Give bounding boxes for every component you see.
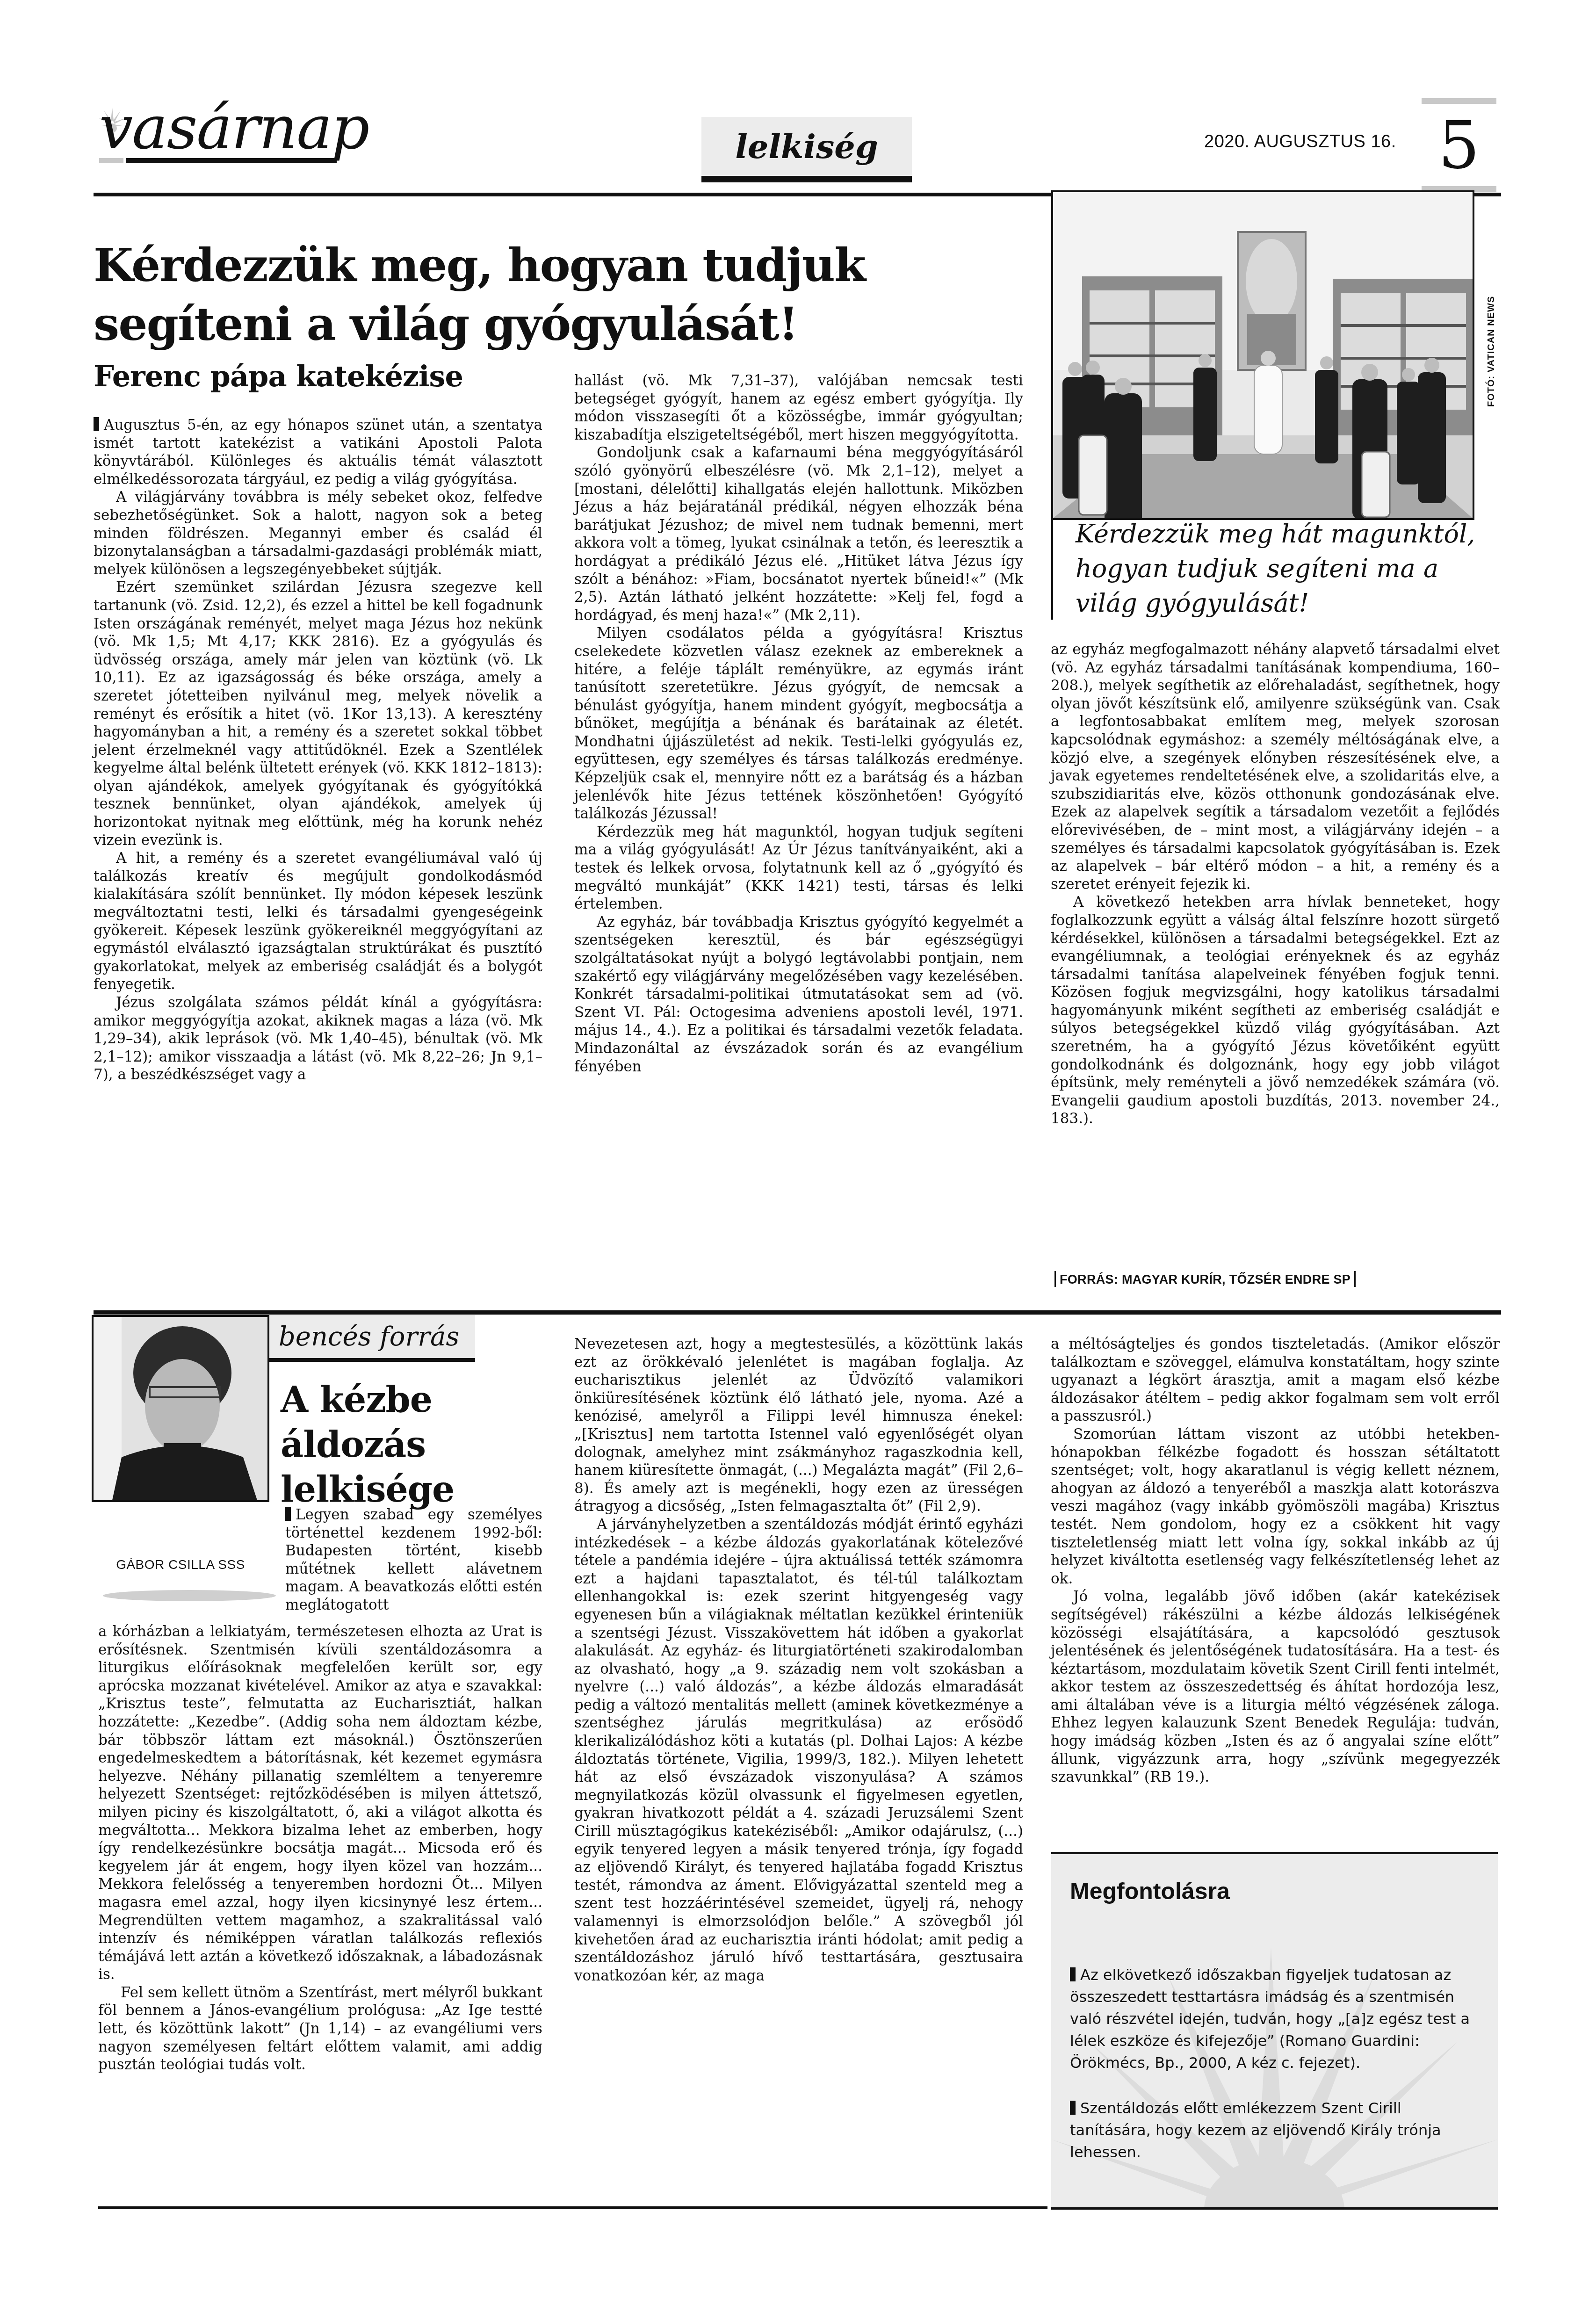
article-headline: A kézbe áldozás lelkisége xyxy=(281,1377,542,1512)
article-paragraph: A hit, a remény és a szeretet evangélium… xyxy=(94,849,542,994)
issue-date: 2020. AUGUSZTUS 16. xyxy=(1204,132,1396,152)
reflection-sidebox: Megfontolásra Az elkövetkező időszakban … xyxy=(1051,1852,1498,2210)
article-subhead: Ferenc pápa katekézise xyxy=(94,358,514,395)
sidebox-item: Az elkövetkező időszakban figyeljek tuda… xyxy=(1070,1964,1481,2074)
article-photo[interactable] xyxy=(1051,190,1474,520)
article-paragraph: Nevezetesen azt, hogy a megtestesülés, a… xyxy=(574,1335,1023,1516)
sidebox-title: Megfontolásra xyxy=(1070,1878,1230,1905)
logo-rule xyxy=(126,158,337,163)
newspaper-logo[interactable]: vasárnap xyxy=(94,89,346,168)
column-name: bencés forrás xyxy=(279,1322,459,1352)
article-paragraph: Jó volna, legalább jövő időben (akár kat… xyxy=(1051,1588,1500,1786)
article-divider xyxy=(94,1310,1501,1315)
article-paragraph: Kérdezzük meg hát magunktól, hogyan tudj… xyxy=(574,823,1023,913)
article-paragraph: az egyház megfogalmazott néhány alapvető… xyxy=(1051,641,1500,893)
source-bar-left xyxy=(1054,1271,1056,1287)
page-number-rule-top xyxy=(1422,98,1496,104)
article-column-1: a kórházban a lelkiatyám, természetesen … xyxy=(98,1623,542,2074)
audience-photo-illustration xyxy=(1053,192,1473,518)
article-paragraph: Augusztus 5-én, az egy hónapos szünet ut… xyxy=(94,416,542,488)
article-paragraph: A világjárvány továbbra is mély sebeket … xyxy=(94,488,542,578)
author-name-shadow xyxy=(103,1590,276,1601)
article-paragraph: Az egyház, bár továbbadja Krisztus gyógy… xyxy=(574,913,1023,1076)
photo-credit: FOTÓ: VATICAN NEWS xyxy=(1486,295,1497,407)
author-portrait-illustration xyxy=(94,1317,267,1500)
page-number: 5 xyxy=(1422,107,1496,185)
article-paragraph: a kórházban a lelkiatyám, természetesen … xyxy=(98,1623,542,1984)
source-outlet[interactable]: MAGYAR KURÍR xyxy=(1122,1272,1222,1286)
article-paragraph: A következő hetekben arra hívlak bennete… xyxy=(1051,893,1500,1128)
article-column-3: az egyház megfogalmazott néhány alapvető… xyxy=(1051,641,1500,1128)
article-column-2: Nevezetesen azt, hogy a megtestesülés, a… xyxy=(574,1335,1023,1985)
author-name: GÁBOR CSILLA SSS xyxy=(92,1557,269,1572)
article-lead-block: Legyen szabad egy személyes történettel … xyxy=(285,1506,542,1614)
article-paragraph: A járványhelyzetben a szentáldozás módjá… xyxy=(574,1516,1023,1985)
bottom-divider xyxy=(98,2206,1047,2209)
source-label: FORRÁS: xyxy=(1060,1272,1118,1286)
logo-wordmark: vasárnap xyxy=(99,98,369,158)
source-author: TŐZSÉR ENDRE SP xyxy=(1229,1272,1351,1286)
section-tab[interactable]: lelkiség xyxy=(701,117,912,182)
page-number-box: 5 xyxy=(1422,98,1496,192)
section-label: lelkiség xyxy=(735,127,878,166)
article-paragraph: a méltóságteljes és gondos tiszteletadás… xyxy=(1051,1335,1500,1425)
article-paragraph: Jézus szolgálata számos példát kínál a g… xyxy=(94,994,542,1084)
article-column-2: hallást (vö. Mk 7,31–37), valójában nemc… xyxy=(574,372,1023,1076)
masthead: vasárnap lelkiség 2020. AUGUSZTUS 16. 5 xyxy=(94,89,1501,168)
article-column-1: Augusztus 5-én, az egy hónapos szünet ut… xyxy=(94,416,542,1084)
pull-quote: Kérdezzük meg hát magunktól, hogyan tudj… xyxy=(1051,517,1495,620)
article-headline: Kérdezzük meg, hogyan tudjuk segíteni a … xyxy=(94,236,1019,354)
article-paragraph: Fel sem kellett ütnöm a Szentírást, mert… xyxy=(98,1984,542,2074)
article-paragraph: Ezért szemünket szilárdan Jézusra szegez… xyxy=(94,578,542,849)
author-portrait[interactable] xyxy=(92,1315,269,1502)
article-paragraph: hallást (vö. Mk 7,31–37), valójában nemc… xyxy=(574,372,1023,444)
sidebox-item: Szentáldozás előtt emlékezzem Szent Ciri… xyxy=(1070,2097,1481,2163)
article-paragraph: Legyen szabad egy személyes történettel … xyxy=(285,1506,542,1614)
article-paragraph: Szomorúan láttam viszont az utóbbi hetek… xyxy=(1051,1425,1500,1588)
column-tab[interactable]: bencés forrás xyxy=(269,1315,475,1362)
logo-rule-accent xyxy=(99,158,123,163)
article-column-3: a méltóságteljes és gondos tiszteletadás… xyxy=(1051,1335,1500,1786)
source-bar-right xyxy=(1354,1271,1356,1287)
source-credit: FORRÁS: MAGYAR KURÍR, TŐZSÉR ENDRE SP xyxy=(1051,1271,1359,1287)
article-paragraph: Gondoljunk csak a kafarnaumi béna meggyó… xyxy=(574,444,1023,624)
article-paragraph: Milyen csodálatos példa a gyógyításra! K… xyxy=(574,624,1023,823)
